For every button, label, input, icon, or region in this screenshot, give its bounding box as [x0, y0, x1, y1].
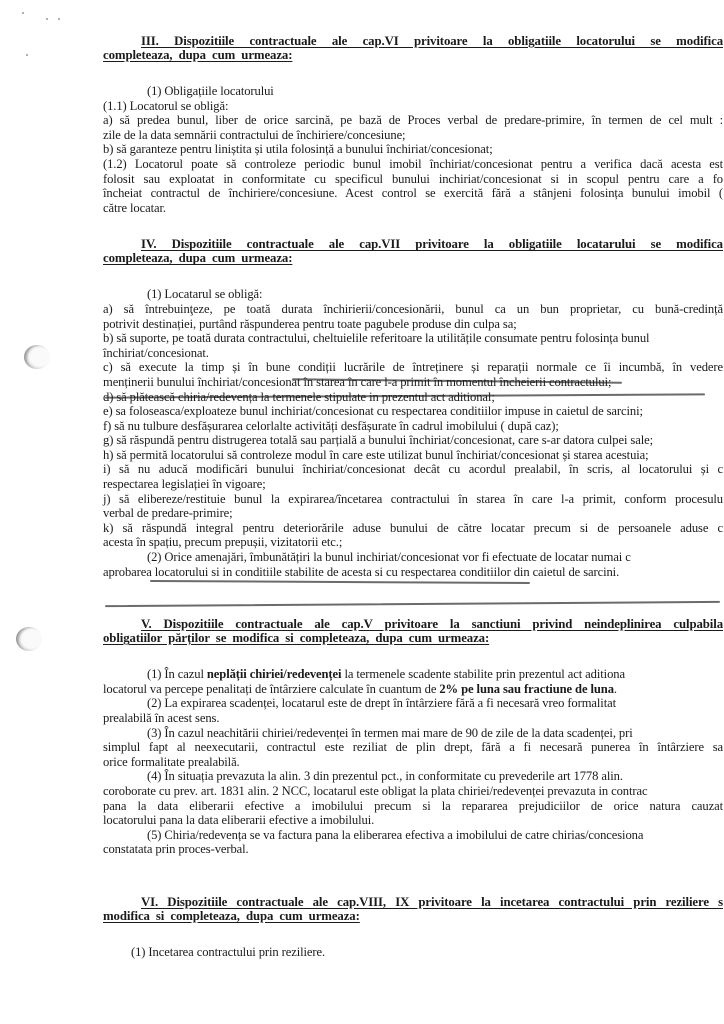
- paragraph-line: (1) Incetarea contractului prin rezilier…: [103, 945, 724, 960]
- paragraph-line: folosit sau exploatat in conformitate cu…: [103, 172, 723, 187]
- section-heading-cont: completeaza, dupa cum urmeaza:: [103, 251, 724, 265]
- bold-phrase: neplății chiriei/redevenței: [207, 667, 342, 681]
- paragraph-line: (1) Obligațiile locatorului: [103, 84, 724, 99]
- paragraph-line: acesta în spațiu, precum prepușii, vizit…: [103, 535, 724, 550]
- paragraph-line: respectarea legislației în vigoare;: [103, 477, 724, 492]
- section-IV: IV. Dispozitiile contractuale ale cap.VI…: [103, 237, 724, 579]
- paragraph-line: (1) În cazul neplății chiriei/redevenței…: [103, 667, 724, 682]
- paragraph-line: (2) La expirarea scadenței, locatarul es…: [103, 696, 724, 711]
- paragraph-line: (5) Chiria/redevența se va factura pana …: [103, 828, 724, 843]
- punch-hole-icon: [16, 627, 42, 651]
- paragraph-line: încheiat contractul de închiriere/conces…: [103, 186, 723, 201]
- section-V: V. Dispozitiile contractuale ale cap.V p…: [103, 617, 724, 857]
- scan-speck: [22, 12, 24, 14]
- paragraph-line: b) să garanteze pentru liniștita și util…: [103, 142, 724, 157]
- section-heading: V. Dispozitiile contractuale ale cap.V p…: [103, 617, 723, 631]
- section-VI: VI. Dispozitiile contractuale ale cap.VI…: [103, 895, 724, 960]
- scan-speck: [26, 54, 28, 56]
- paragraph-line: (4) În situația prevazuta la alin. 3 din…: [103, 769, 724, 784]
- paragraph-line: j) să elibereze/restituie bunul la expir…: [103, 492, 723, 507]
- section-heading-cont: obligatiilor părților se modifica si com…: [103, 631, 724, 645]
- paragraph-line: (2) Orice amenajări, îmbunătățiri la bun…: [103, 550, 724, 565]
- paragraph-line: locatorului pana la data eliberarii efec…: [103, 813, 724, 828]
- paragraph-line: a) să întrebuinţeze, pe toată durata înc…: [103, 302, 723, 317]
- scan-speck: [46, 18, 48, 20]
- paragraph-line: g) să răspundă pentru distrugerea totală…: [103, 433, 724, 448]
- bold-phrase: 2% pe luna sau fractiune de luna: [439, 682, 614, 696]
- section-heading-cont: modifica si completeaza, dupa cum urmeaz…: [103, 909, 724, 923]
- paragraph-line: orice formalitate prealabilă.: [103, 755, 724, 770]
- paragraph-line: (1.2) Locatorul poate să controleze peri…: [103, 157, 723, 172]
- scan-speck: [58, 18, 60, 20]
- paragraph-line: constatata prin proces-verbal.: [103, 842, 724, 857]
- paragraph-line: b) să suporte, pe toată durata contractu…: [103, 331, 724, 346]
- section-heading: III. Dispozitiile contractuale ale cap.V…: [103, 34, 723, 48]
- paragraph-line: potrivit destinației, purtând răspundere…: [103, 317, 724, 332]
- paragraph-line: h) să permită locatorului să controleze …: [103, 448, 724, 463]
- paragraph-line: închiriat/concesionat.: [103, 346, 724, 361]
- paragraph-line: simplul fapt al neexecutarii, contractul…: [103, 740, 723, 755]
- paragraph-line: f) să nu tulbure desfășurarea celorlalte…: [103, 419, 724, 434]
- section-heading-cont: completeaza, dupa cum urmeaza:: [103, 48, 724, 62]
- paragraph-line: e) sa foloseasca/exploateze bunul inchir…: [103, 404, 724, 419]
- paragraph-line: menținerii bunului închiriat/concesionat…: [103, 375, 724, 390]
- paragraph-line: pana la data eliberarii efective a imobi…: [103, 799, 723, 814]
- paragraph-line: c) să execute la timp și în bune condiți…: [103, 360, 723, 375]
- paragraph-line: aprobarea locatorului si in conditiile s…: [103, 565, 724, 580]
- paragraph-line: zile de la data semnării contractului de…: [103, 128, 724, 143]
- paragraph-line: k) să răspundă integral pentru deterioră…: [103, 521, 723, 536]
- paragraph-line: verbal de predare-primire;: [103, 506, 724, 521]
- paragraph-line: locatorul va percepe penalitați de întâr…: [103, 682, 724, 697]
- scanned-document-page: III. Dispozitiile contractuale ale cap.V…: [0, 0, 724, 1024]
- section-III: III. Dispozitiile contractuale ale cap.V…: [103, 34, 724, 215]
- paragraph-line: d) să plătească chiria/redevența la term…: [103, 390, 724, 405]
- section-heading: IV. Dispozitiile contractuale ale cap.VI…: [103, 237, 723, 251]
- paragraph-line: coroborate cu prev. art. 1831 alin. 2 NC…: [103, 784, 724, 799]
- section-heading: VI. Dispozitiile contractuale ale cap.VI…: [103, 895, 723, 909]
- document-body: III. Dispozitiile contractuale ale cap.V…: [103, 34, 724, 960]
- paragraph-line: (3) În cazul neachitării chiriei/redeven…: [103, 726, 724, 741]
- paragraph-line: a) să predea bunul, liber de orice sarci…: [103, 113, 723, 128]
- paragraph-line: (1) Locatarul se obligă:: [103, 287, 724, 302]
- paragraph-line: i) să nu aducă modificări bunului închir…: [103, 462, 723, 477]
- paragraph-line: prealabilă în acest sens.: [103, 711, 724, 726]
- punch-hole-icon: [24, 345, 50, 369]
- paragraph-line: (1.1) Locatorul se obligă:: [103, 99, 724, 114]
- paragraph-line: către locatar.: [103, 201, 724, 216]
